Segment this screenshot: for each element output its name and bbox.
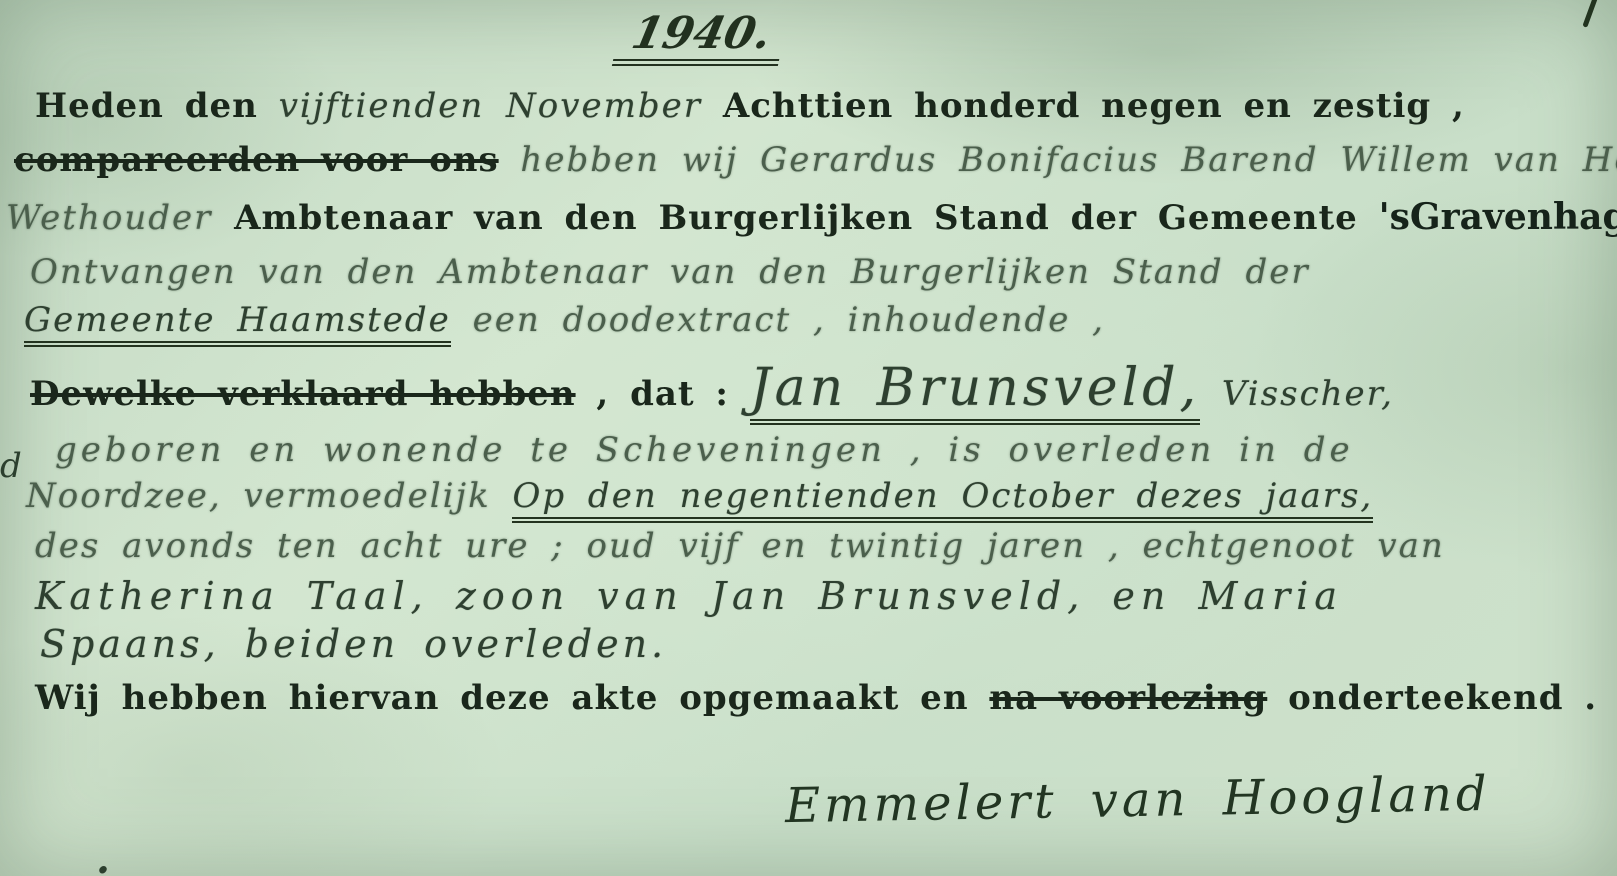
document-line: Wij hebben hiervan deze akte opgemaakt e… (35, 678, 1617, 718)
text-segment: Jan Brunsveld, (750, 358, 1200, 425)
text-segment: Noordzee, vermoedelijk (26, 476, 512, 516)
text-segment: na voorlezing (989, 678, 1267, 718)
text-segment: Heden den (35, 86, 279, 126)
text-segment: onderteekend . — (1267, 678, 1617, 718)
text-segment: geboren en wonende te Scheveningen , is … (55, 430, 1354, 470)
stray-ink-dot: . (96, 836, 110, 876)
text-segment: Visscher, (1200, 374, 1394, 414)
document-line: Spaans, beiden overleden. (40, 622, 667, 666)
document-line: Gemeente Haamstede een doodextract , inh… (24, 300, 1105, 340)
text-segment: Dewelke verklaard hebben (30, 374, 576, 414)
text-segment: Katherina Taal, zoon van Jan Brunsveld, … (35, 574, 1343, 618)
text-segment: Wij hebben hiervan deze akte opgemaakt e… (35, 678, 989, 718)
text-segment: 'sGravenhage, (1379, 196, 1617, 238)
document-line: Noordzee, vermoedelijk Op den negentiend… (26, 476, 1373, 516)
act-number: 1940. (612, 8, 790, 66)
text-segment: vijftienden November (279, 86, 702, 126)
scanned-document-page: 1940. Heden den vijftienden November Ach… (0, 0, 1617, 876)
text-segment: Ambtenaar van den Burgerlijken Stand der… (234, 198, 1378, 238)
document-line: Ontvangen van den Ambtenaar van den Burg… (30, 252, 1310, 292)
text-segment: Spaans, beiden overleden. (40, 622, 667, 666)
text-segment: Op den negentienden October dezes jaars, (512, 476, 1373, 523)
document-line: compareerden voor ons hebben wij Gerardu… (14, 140, 1617, 180)
document-line: Katherina Taal, zoon van Jan Brunsveld, … (35, 574, 1343, 618)
document-line: geboren en wonende te Scheveningen , is … (55, 430, 1354, 470)
text-segment: hebben wij Gerardus Bonifacius Barend Wi… (499, 140, 1617, 180)
text-segment: des avonds ten acht ure ; oud vijf en tw… (35, 526, 1445, 566)
text-segment: een doodextract , inhoudende , (451, 300, 1105, 340)
text-segment: Wethouder (6, 198, 234, 238)
stray-ink-stroke (1582, 0, 1598, 28)
text-segment: Gemeente Haamstede (24, 300, 451, 347)
document-line: Wethouder Ambtenaar van den Burgerlijken… (6, 196, 1617, 238)
registrar-signature: Emmelert van Hoogland (785, 766, 1491, 834)
text-segment: Achttien honderd negen en zestig , (702, 86, 1465, 126)
document-line: des avonds ten acht ure ; oud vijf en tw… (35, 526, 1445, 566)
text-segment: Ontvangen van den Ambtenaar van den Burg… (30, 252, 1310, 292)
margin-ink-mark: d (0, 446, 22, 486)
document-line: Dewelke verklaard hebben , dat : Jan Bru… (30, 358, 1394, 418)
text-segment: , dat : (576, 374, 750, 414)
document-line: Heden den vijftienden November Achttien … (35, 86, 1465, 126)
text-segment: compareerden voor ons (14, 140, 499, 180)
